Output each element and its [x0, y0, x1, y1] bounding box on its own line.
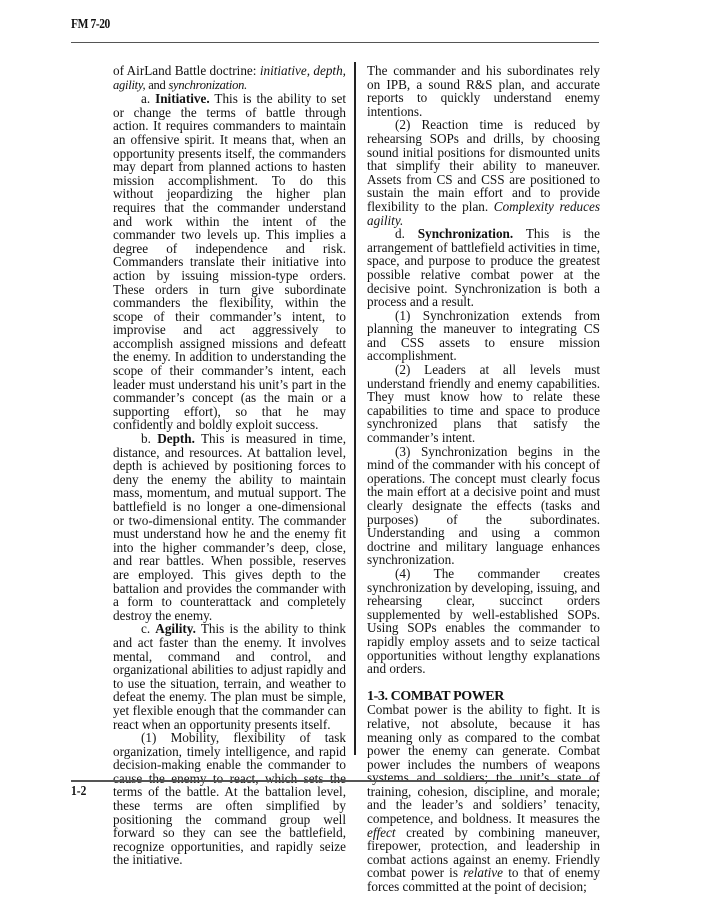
- paragraph-combat-power: Combat power is the ability to fight. It…: [367, 703, 600, 893]
- paragraph-agility-2: (2) Reaction time is reduced by rehearsi…: [367, 118, 600, 227]
- page-number: 1-2: [71, 784, 86, 800]
- section-heading-combat-power: 1-3. COMBAT POWER: [367, 690, 600, 704]
- paragraph-sync-2: (2) Leaders at all levels must understan…: [367, 363, 600, 445]
- paragraph-sync-4: (4) The commander creates synchronizatio…: [367, 567, 600, 676]
- left-column: of AirLand Battle doctrine: initiative, …: [113, 64, 346, 867]
- paragraph-agility-1: (1) Mobility, flexibility of task organi…: [113, 731, 346, 867]
- paragraph-agility: c. Agility. This is the ability to think…: [113, 622, 346, 731]
- doctrine-intro: of AirLand Battle doctrine: initiative, …: [113, 64, 346, 92]
- paragraph-depth: b. Depth. This is measured in time, dist…: [113, 432, 346, 622]
- change-bar: [354, 62, 356, 755]
- header-rule: [71, 42, 599, 43]
- paragraph-agility-1-continued: The commander and his subordinates rely …: [367, 64, 600, 118]
- paragraph-sync-1: (1) Synchronization extends from plannin…: [367, 309, 600, 363]
- paragraph-sync-3: (3) Synchronization begins in the mind o…: [367, 445, 600, 567]
- footer-rule: [71, 780, 597, 782]
- right-column: The commander and his subordinates rely …: [367, 64, 600, 894]
- paragraph-synchronization: d. Synchronization. This is the arrangem…: [367, 227, 600, 309]
- manual-designation: FM 7-20: [71, 17, 110, 33]
- paragraph-initiative: a. Initiative. This is the ability to se…: [113, 92, 346, 432]
